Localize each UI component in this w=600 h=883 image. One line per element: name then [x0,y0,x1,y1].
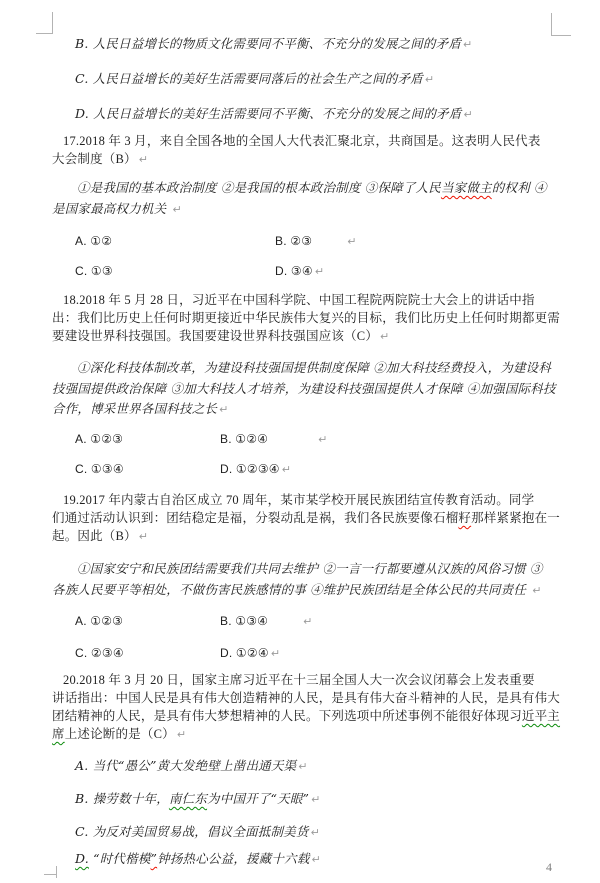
text-segment[interactable]: A. ①② [75,233,275,249]
text-line[interactable]: 合作，博采世界各国科技之长↵ [52,401,229,418]
text-segment[interactable]: D. ③④ [275,264,313,278]
text-line[interactable]: C. ①③D. ③④↵ [75,263,324,280]
text-segment[interactable]: A. 当代“愚公”黄大发绝壁上凿出通天渠 [75,758,296,773]
text-segment[interactable]: 是国家最高权力机关 [52,201,170,216]
text-segment[interactable]: ①国家安宁和民族团结需要我们共同去维护 ②一言一行都要遵从汉族的风俗习惯 ③ [77,561,543,576]
text-segment[interactable]: 上述论断的是（C） [65,727,175,741]
text-line[interactable]: ①深化科技体制改革，为建设科技强国提供制度保障 ②加大科技经费投入，为建设科 [77,360,551,376]
paragraph-mark-icon: ↵ [463,38,472,51]
text-segment[interactable]: 18.2018 年 5 月 28 日，习近平在中国科学院、中国工程院两院院士大会… [63,293,535,307]
paragraph-mark-icon: ↵ [347,235,356,248]
text-segment[interactable]: D. 人民日益增长的美好生活需要同不平衡、不充分的发展之间的矛盾 [75,106,461,121]
document-page[interactable]: B. 人民日益增长的物质文化需要同不平衡、不充分的发展之间的矛盾↵C. 人民日益… [0,0,600,883]
text-segment[interactable]: 出：我们比历史上任何时期更接近中华民族伟大复兴的目标，我们比历史上任何时期都更需 [52,311,560,325]
text-boundary-mark-top-left-vertical [52,12,53,33]
text-segment[interactable]: 们通过活动认识到：团结稳定是福，分裂动乱是祸，我们各民族要像石榴 [52,511,458,525]
text-line[interactable]: 起。因此（B）↵ [52,528,148,545]
text-segment[interactable]: 那样紧紧抱在一 [471,511,560,525]
text-segment[interactable]: 技强国提供政治保障 ③加大科技人才培养，为建设科技强国提供人才保障 ④加强国际科… [52,381,556,396]
text-boundary-mark-top-right-vertical [551,13,552,35]
text-line[interactable]: 席上述论断的是（C）↵ [52,726,186,743]
text-segment-grammar[interactable]: 席 [52,727,65,741]
text-segment-grammar[interactable]: 南仁东 [169,791,207,806]
paragraph-mark-icon: ↵ [139,530,148,543]
paragraph-mark-icon: ↵ [318,433,327,446]
text-boundary-mark-bottom-left-horizontal [44,874,56,875]
text-line[interactable]: C. ②③④D. ①②④↵ [75,645,280,662]
text-segment[interactable]: C. 人民日益增长的美好生活需要同落后的社会生产之间的矛盾 [75,71,423,86]
text-segment[interactable]: D. ①②④ [220,646,269,660]
text-line[interactable]: 要建设世界科技强国。我国要建设世界科技强国应该（C）↵ [52,328,389,345]
text-segment[interactable]: “时代楷模 [89,851,151,866]
paragraph-mark-icon: ↵ [311,793,320,806]
text-line[interactable]: A. ①②③B. ①③④↵ [75,613,313,630]
text-segment[interactable]: B. ①②④ [220,432,268,446]
text-segment[interactable]: 17.2018 年 3 月，来自全国各地的全国人大代表汇聚北京，共商国是。这表明… [63,134,541,148]
text-segment[interactable]: 讲话指出：中国人民是具有伟大创造精神的人民，是具有伟大奋斗精神的人民，是具有伟大 [52,691,560,705]
text-segment[interactable]: 各族人民要平等相处，不做伤害民族感情的事 ④维护民族团结是全体公民的共同责任 [52,582,530,597]
text-line[interactable]: 18.2018 年 5 月 28 日，习近平在中国科学院、中国工程院两院院士大会… [63,292,535,308]
text-line[interactable]: B. 人民日益增长的物质文化需要同不平衡、不充分的发展之间的矛盾↵ [75,36,472,53]
paragraph-mark-icon: ↵ [271,647,280,660]
text-segment[interactable]: 合作，博采世界各国科技之长 [52,401,217,416]
text-line[interactable]: A. ①②③B. ①②④↵ [75,431,328,448]
text-boundary-mark-top-right-horizontal [551,35,571,36]
text-line[interactable]: 大会制度（B）↵ [52,151,148,168]
text-line[interactable]: 出：我们比历史上任何时期更接近中华民族伟大复兴的目标，我们比历史上任何时期都更需 [52,310,560,326]
paragraph-mark-icon: ↵ [177,728,186,741]
text-segment[interactable]: 起。因此（B） [52,529,137,543]
text-segment[interactable]: 大会制度（B） [52,152,137,166]
paragraph-mark-icon: ↵ [139,153,148,166]
text-line[interactable]: 是国家最高权力机关 ↵ [52,201,182,218]
text-line[interactable]: 团结精神的人民，是具有伟大梦想精神的人民。下列选项中所述事例不能很好体现习近平主 [52,708,560,724]
text-segment[interactable]: 钟扬热心公益，援藏十六载 [157,851,309,866]
paragraph-mark-icon: ↵ [380,330,389,343]
text-segment-grammar[interactable]: D. [75,851,89,866]
text-line[interactable]: 技强国提供政治保障 ③加大科技人才培养，为建设科技强国提供人才保障 ④加强国际科… [52,381,556,397]
text-line[interactable]: ①是我国的基本政治制度 ②是我国的根本政治制度 ③保障了人民当家做主的权利 ④ [77,180,547,196]
text-line[interactable]: C. 为反对美国贸易战，倡议全面抵制美货↵ [75,824,320,841]
text-line[interactable]: C. ①③④D. ①②③④↵ [75,461,291,478]
text-segment[interactable]: B. ②③ [275,234,312,248]
text-segment[interactable]: D. ①②③④ [220,462,280,476]
paragraph-mark-icon: ↵ [463,108,472,121]
text-line[interactable]: A. 当代“愚公”黄大发绝壁上凿出通天渠↵ [75,758,308,775]
text-segment[interactable]: C. ②③④ [75,645,220,661]
text-segment-spellcheck[interactable]: 籽 [458,511,471,525]
text-line[interactable]: 20.2018 年 3 月 20 日，国家主席习近平在十三届全国人大一次会议闭幕… [63,672,535,688]
paragraph-mark-icon: ↵ [312,853,321,866]
text-segment[interactable]: C. ①③④ [75,461,220,477]
page-number: 4 [546,860,552,875]
text-boundary-mark-bottom-left-vertical [56,866,57,878]
text-segment-spellcheck[interactable]: 当家做主 [441,180,492,195]
text-segment[interactable]: B. ①③④ [220,614,268,628]
text-segment[interactable]: 要建设世界科技强国。我国要建设世界科技强国应该（C） [52,329,378,343]
text-segment[interactable]: ①是我国的基本政治制度 ②是我国的根本政治制度 ③保障了人民 [77,180,441,195]
text-line[interactable]: 17.2018 年 3 月，来自全国各地的全国人大代表汇聚北京，共商国是。这表明… [63,133,541,149]
text-line[interactable]: 各族人民要平等相处，不做伤害民族感情的事 ④维护民族团结是全体公民的共同责任 ↵ [52,582,542,599]
text-segment[interactable]: B. 人民日益增长的物质文化需要同不平衡、不充分的发展之间的矛盾 [75,36,461,51]
paragraph-mark-icon: ↵ [311,826,320,839]
text-segment-grammar[interactable]: 近平主 [522,709,560,723]
text-line[interactable]: A. ①②B. ②③↵ [75,233,357,250]
text-line[interactable]: D. “时代楷模”钟扬热心公益，援藏十六载↵ [75,851,321,868]
paragraph-mark-icon: ↵ [425,73,434,86]
text-line[interactable]: ①国家安宁和民族团结需要我们共同去维护 ②一言一行都要遵从汉族的风俗习惯 ③ [77,561,543,577]
paragraph-mark-icon: ↵ [303,615,312,628]
text-line[interactable]: B. 操劳数十年，南仁东为中国开了“天眼”↵ [75,791,321,808]
text-line[interactable]: 讲话指出：中国人民是具有伟大创造精神的人民，是具有伟大奋斗精神的人民，是具有伟大 [52,690,560,706]
text-segment[interactable]: C. ①③ [75,263,275,279]
paragraph-mark-icon: ↵ [219,403,228,416]
paragraph-mark-icon: ↵ [315,265,324,278]
text-segment[interactable]: 19.2017 年内蒙古自治区成立 70 周年，某市某学校开展民族团结宣传教育活… [63,493,534,507]
paragraph-mark-icon: ↵ [282,463,291,476]
text-segment[interactable]: 的权利 ④ [492,180,547,195]
text-segment[interactable]: A. ①②③ [75,613,220,629]
paragraph-mark-icon: ↵ [172,203,181,216]
text-line[interactable]: 们通过活动认识到：团结稳定是福，分裂动乱是祸，我们各民族要像石榴籽那样紧紧抱在一 [52,510,560,526]
text-line[interactable]: 19.2017 年内蒙古自治区成立 70 周年，某市某学校开展民族团结宣传教育活… [63,492,534,508]
text-segment[interactable]: ①深化科技体制改革，为建设科技强国提供制度保障 ②加大科技经费投入，为建设科 [77,360,551,375]
text-segment[interactable]: B. 操劳数十年， [75,791,169,806]
text-segment[interactable]: 团结精神的人民，是具有伟大梦想精神的人民。下列选项中所述事例不能很好体现习 [52,709,522,723]
text-line[interactable]: C. 人民日益增长的美好生活需要同落后的社会生产之间的矛盾↵ [75,71,434,88]
paragraph-mark-icon: ↵ [532,584,541,597]
text-boundary-mark-top-left-horizontal [36,33,53,34]
text-segment[interactable]: 为中国开了“天眼” [207,791,309,806]
text-segment[interactable]: 20.2018 年 3 月 20 日，国家主席习近平在十三届全国人大一次会议闭幕… [63,673,535,687]
text-segment[interactable]: A. ①②③ [75,431,220,447]
text-segment[interactable]: C. 为反对美国贸易战，倡议全面抵制美货 [75,824,309,839]
text-line[interactable]: D. 人民日益增长的美好生活需要同不平衡、不充分的发展之间的矛盾↵ [75,106,473,123]
paragraph-mark-icon: ↵ [298,760,307,773]
